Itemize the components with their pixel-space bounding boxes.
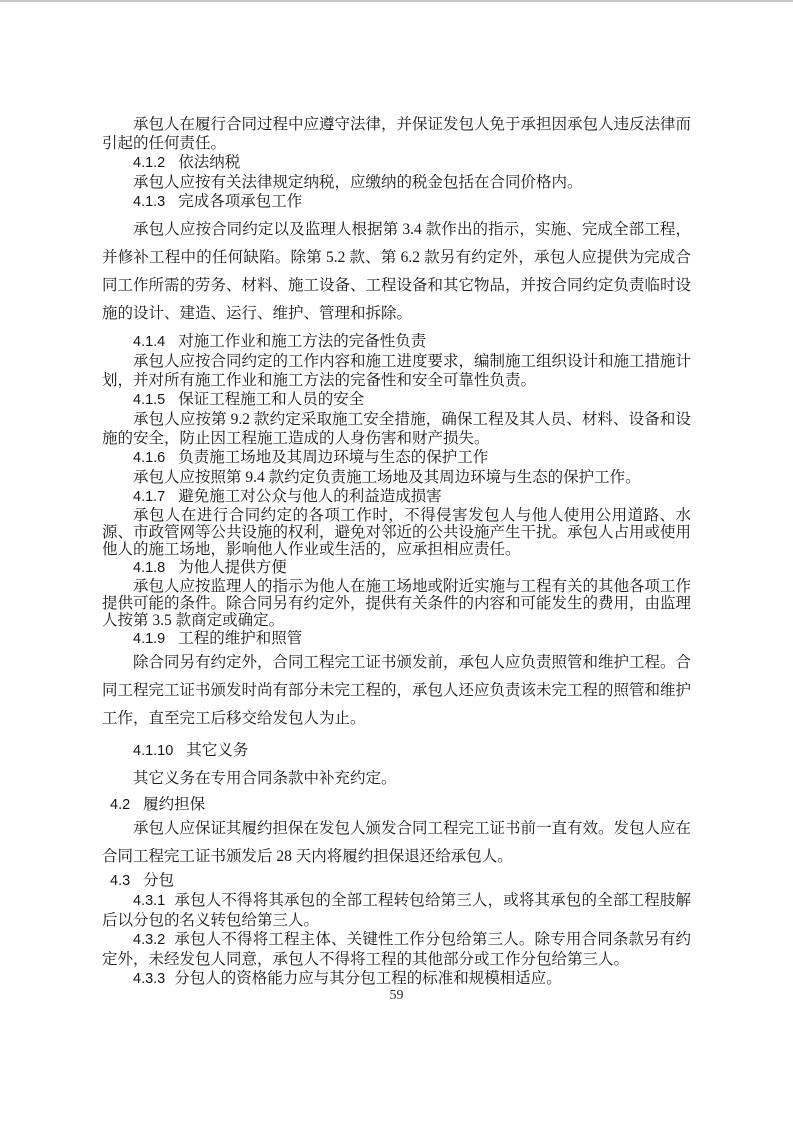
- clause-number: 4.3: [110, 873, 130, 889]
- clause-4-1-8-body: 承包人应按监理人的指示为他人在施工场地或附近实施与工程有关的其他各项工作提供可能…: [102, 578, 691, 629]
- scan-edge-artifact: [0, 0, 793, 2]
- clause-title: 避免施工对公众与他人的利益造成损害: [178, 488, 442, 505]
- clause-4-1-7-body: 承包人在进行合同约定的各项工作时，不得侵害发包人与他人使用公用道路、水源、市政管…: [102, 507, 691, 558]
- clause-number: 4.2: [110, 797, 130, 813]
- clause-number: 4.1.4: [133, 334, 165, 350]
- clause-4-1-2-heading: 4.1.2依法纳税: [102, 153, 691, 173]
- clause-4-1-5-heading: 4.1.5保证工程施工和人员的安全: [102, 390, 691, 410]
- clause-4-1-7-heading: 4.1.7避免施工对公众与他人的利益造成损害: [102, 487, 691, 507]
- clause-4-1-5-body: 承包人应按第 9.2 款约定采取施工安全措施，确保工程及其人员、材料、设备和设施…: [102, 410, 691, 448]
- clause-title: 负责施工场地及其周边环境与生态的保护工作: [178, 449, 488, 466]
- clause-number: 4.3.1: [133, 893, 165, 909]
- clause-number: 4.1.5: [133, 392, 165, 408]
- clause-4-1-9-heading: 4.1.9工程的维护和照管: [102, 629, 691, 649]
- clause-title: 完成各项承包工作: [178, 193, 302, 210]
- document-body: 承包人在履行合同过程中应遵守法律，并保证发包人免于承担因承包人违反法律而引起的任…: [102, 115, 691, 989]
- clause-4-3-1-item: 4.3.1承包人不得将其承包的全部工程转包给第三人，或将其承包的全部工程肢解后以…: [102, 891, 691, 930]
- clause-title: 为他人提供方便: [178, 559, 287, 576]
- clause-4-1-10-body: 其它义务在专用合同条款中补充约定。: [102, 765, 691, 793]
- clause-number: 4.1.3: [133, 194, 165, 210]
- clause-4-2-heading: 4.2履约担保: [102, 795, 691, 815]
- clause-number: 4.1.2: [133, 155, 165, 171]
- clause-4-1-2-body: 承包人应按有关法律规定纳税，应缴纳的税金包括在合同价格内。: [102, 173, 691, 192]
- clause-title: 依法纳税: [178, 154, 240, 171]
- clause-number: 4.3.3: [133, 971, 165, 987]
- clause-4-1-3-heading: 4.1.3完成各项承包工作: [102, 192, 691, 212]
- clause-text: 承包人不得将其承包的全部工程转包给第三人，或将其承包的全部工程肢解后以分包的名义…: [102, 892, 691, 929]
- clause-4-3-2-item: 4.3.2承包人不得将工程主体、关键性工作分包给第三人。除专用合同条款另有约定外…: [102, 930, 691, 969]
- clause-title: 分包: [143, 872, 174, 889]
- document-page: { "doc": { "blocks": [ {"text": "承包人在履行合…: [0, 0, 793, 1122]
- clause-title: 履约担保: [143, 796, 205, 813]
- clause-text: 分包人的资格能力应与其分包工程的标准和规模相适应。: [174, 970, 562, 987]
- clause-number: 4.3.2: [133, 932, 165, 948]
- clause-4-1-6-heading: 4.1.6负责施工场地及其周边环境与生态的保护工作: [102, 448, 691, 468]
- clause-4-1-10-heading: 4.1.10其它义务: [102, 741, 691, 761]
- clause-4-1-4-body: 承包人应按合同约定的工作内容和施工进度要求，编制施工组织设计和施工措施计划，并对…: [102, 352, 691, 390]
- clause-4-2-body: 承包人应保证其履约担保在发包人颁发合同工程完工证书前一直有效。发包人应在合同工程…: [102, 815, 691, 871]
- clause-4-1-3-body: 承包人应按合同约定以及监理人根据第 3.4 款作出的指示，实施、完成全部工程，并…: [102, 216, 691, 328]
- clause-number: 4.1.6: [133, 450, 165, 466]
- page-number: 59: [0, 988, 793, 1004]
- paragraph-law-compliance: 承包人在履行合同过程中应遵守法律，并保证发包人免于承担因承包人违反法律而引起的任…: [102, 115, 691, 153]
- clause-4-3-3-item: 4.3.3分包人的资格能力应与其分包工程的标准和规模相适应。: [102, 969, 691, 989]
- clause-number: 4.1.8: [133, 560, 165, 576]
- clause-text: 承包人不得将工程主体、关键性工作分包给第三人。除专用合同条款另有约定外，未经发包…: [102, 931, 691, 968]
- clause-4-1-8-heading: 4.1.8为他人提供方便: [102, 558, 691, 578]
- clause-4-1-9-body: 除合同另有约定外，合同工程完工证书颁发前，承包人应负责照管和维护工程。合同工程完…: [102, 649, 691, 733]
- clause-title: 保证工程施工和人员的安全: [178, 391, 364, 408]
- clause-4-1-4-heading: 4.1.4对施工作业和施工方法的完备性负责: [102, 332, 691, 352]
- clause-number: 4.1.10: [133, 743, 173, 759]
- clause-title: 对施工作业和施工方法的完备性负责: [178, 333, 426, 350]
- clause-number: 4.1.9: [133, 631, 165, 647]
- clause-4-1-6-body: 承包人应按照第 9.4 款约定负责施工场地及其周边环境与生态的保护工作。: [102, 468, 691, 487]
- clause-title: 工程的维护和照管: [178, 630, 302, 647]
- clause-4-3-heading: 4.3分包: [102, 871, 691, 891]
- clause-title: 其它义务: [186, 742, 248, 759]
- clause-number: 4.1.7: [133, 489, 165, 505]
